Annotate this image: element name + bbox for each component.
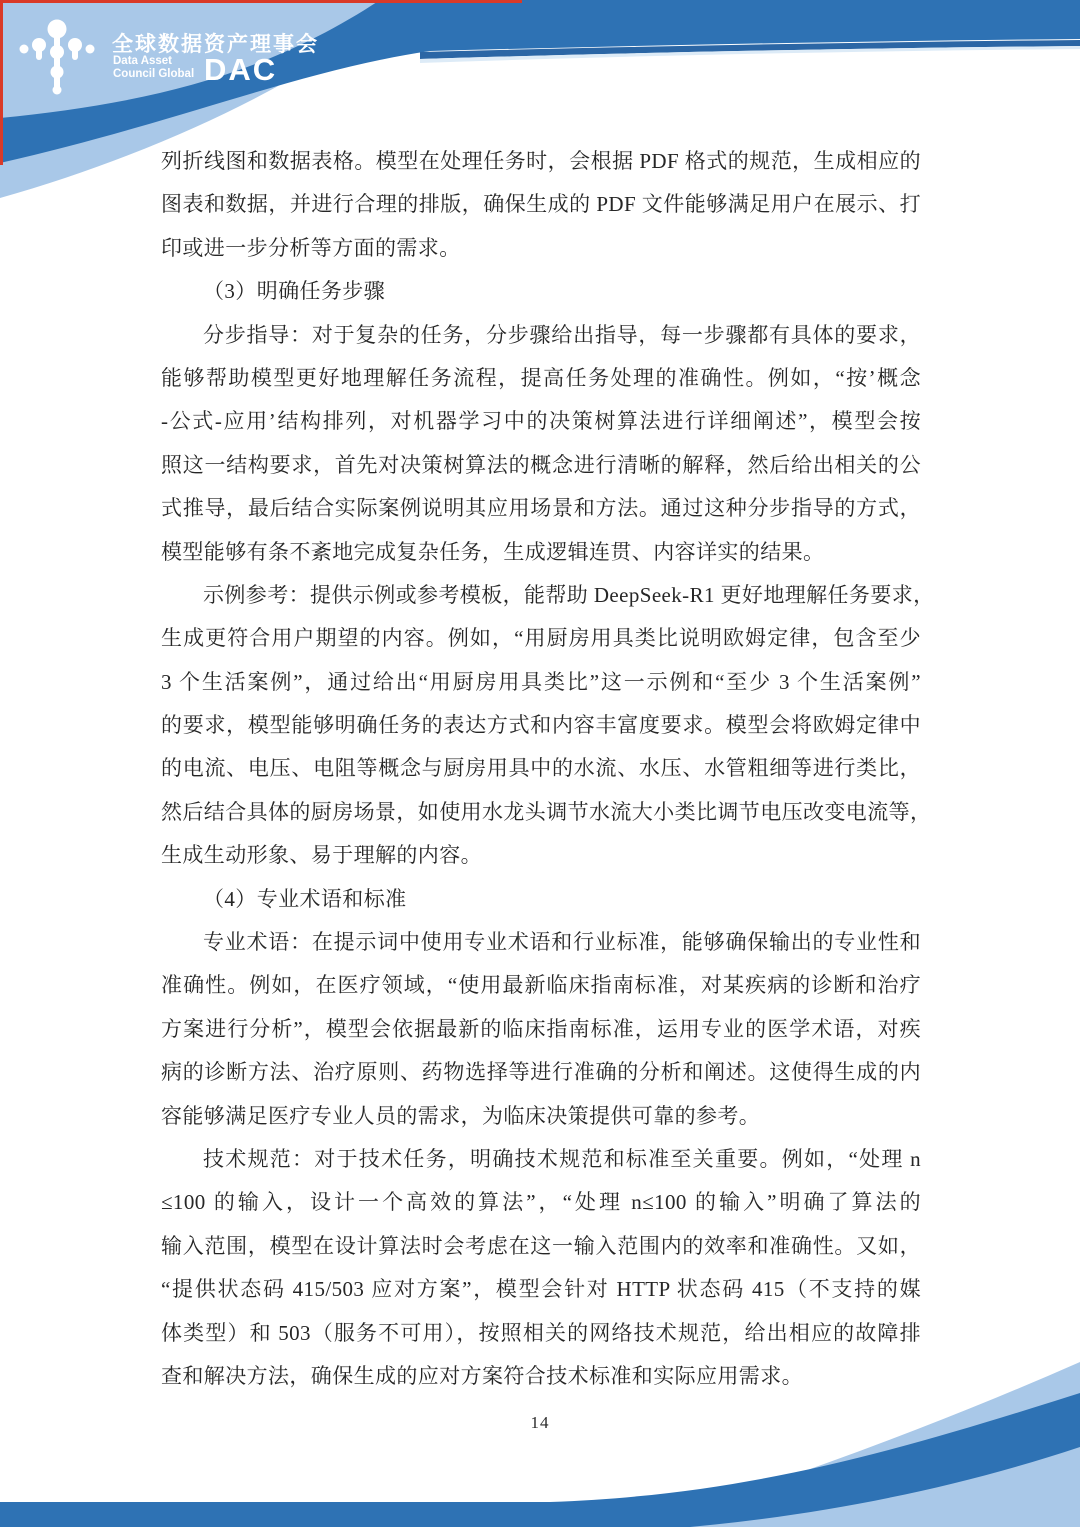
body-line: 生成更符合用户期望的内容。例如，“用厨房用具类比说明欧姆定律，包含至少 xyxy=(161,617,921,660)
body-line: -公式-应用’结构排列，对机器学习中的决策树算法进行详细阐述”，模型会按 xyxy=(161,400,921,443)
body-line: 方案进行分析”，模型会依据最新的临床指南标准，运用专业的医学术语，对疾 xyxy=(161,1008,921,1051)
body-line: 然后结合具体的厨房场景，如使用水龙头调节水流大小类比调节电压改变电流等， xyxy=(161,791,921,834)
body-line: 的电流、电压、电阻等概念与厨房用具中的水流、水压、水管粗细等进行类比， xyxy=(161,747,921,790)
body-line: 病的诊断方法、治疗原则、药物选择等进行准确的分析和阐述。这使得生成的内 xyxy=(161,1051,921,1094)
body-line: 的要求，模型能够明确任务的表达方式和内容丰富度要求。模型会将欧姆定律中 xyxy=(161,704,921,747)
body-line: 输入范围，模型在设计算法时会考虑在这一输入范围内的效率和准确性。又如， xyxy=(161,1225,921,1268)
body-line: 模型能够有条不紊地完成复杂任务，生成逻辑连贯、内容详实的结果。 xyxy=(161,531,921,574)
body-line: 3 个生活案例”，通过给出“用厨房用具类比”这一示例和“至少 3 个生活案例” xyxy=(161,661,921,704)
logo-name-en-line1: Data Asset xyxy=(113,55,172,67)
body-line: 列折线图和数据表格。模型在处理任务时，会根据 PDF 格式的规范，生成相应的 xyxy=(161,140,921,183)
logo-dots-icon xyxy=(12,18,108,104)
header-band-edge-dark xyxy=(420,40,1080,59)
body-line: 式推导，最后结合实际案例说明其应用场景和方法。通过这种分步指导的方式， xyxy=(161,487,921,530)
body-line: “提供状态码 415/503 应对方案”，模型会针对 HTTP 状态码 415（… xyxy=(161,1268,921,1311)
logo-acronym: DAC xyxy=(204,52,277,88)
body-line: 图表和数据，并进行合理的排版，确保生成的 PDF 文件能够满足用户在展示、打 xyxy=(161,183,921,226)
body-line: 生成生动形象、易于理解的内容。 xyxy=(161,834,921,877)
body-line: 专业术语：在提示词中使用专业术语和行业标准，能够确保输出的专业性和 xyxy=(161,921,921,964)
section-heading: （3）明确任务步骤 xyxy=(161,270,921,313)
page-number: 14 xyxy=(0,1413,1080,1433)
body-line: 技术规范：对于技术任务，明确技术规范和标准至关重要。例如，“处理 n xyxy=(161,1138,921,1181)
header-band-edge-pale xyxy=(420,46,1080,63)
body-line: 分步指导：对于复杂的任务，分步骤给出指导，每一步骤都有具体的要求， xyxy=(161,314,921,357)
body-line: 能够帮助模型更好地理解任务流程，提高任务处理的准确性。例如，“按’概念 xyxy=(161,357,921,400)
body-line: 示例参考：提供示例或参考模板，能帮助 DeepSeek-R1 更好地理解任务要求… xyxy=(161,574,921,617)
body-line: 容能够满足医疗专业人员的需求，为临床决策提供可靠的参考。 xyxy=(161,1095,921,1138)
logo: 全球数据资产理事会 Data Asset Council Global DAC xyxy=(12,16,372,116)
red-edge-artifact-top xyxy=(0,0,522,3)
document-body: 列折线图和数据表格。模型在处理任务时，会根据 PDF 格式的规范，生成相应的 图… xyxy=(161,140,921,1398)
document-page: { "document": { "page_number": "14", "he… xyxy=(0,0,1080,1527)
body-line: 照这一结构要求，首先对决策树算法的概念进行清晰的解释，然后给出相关的公 xyxy=(161,444,921,487)
body-line: 准确性。例如，在医疗领域，“使用最新临床指南标准，对某疾病的诊断和治疗 xyxy=(161,964,921,1007)
body-line: 印或进一步分析等方面的需求。 xyxy=(161,227,921,270)
body-line: ≤100 的输入，设计一个高效的算法”，“处理 n≤100 的输入”明确了算法的 xyxy=(161,1181,921,1224)
body-line: 查和解决方法，确保生成的应对方案符合技术标准和实际应用需求。 xyxy=(161,1355,921,1398)
body-line: 体类型）和 503（服务不可用），按照相关的网络技术规范，给出相应的故障排 xyxy=(161,1312,921,1355)
red-edge-artifact-left xyxy=(0,0,3,165)
logo-name-en-line2: Council Global xyxy=(113,68,194,80)
section-heading: （4）专业术语和标准 xyxy=(161,878,921,921)
